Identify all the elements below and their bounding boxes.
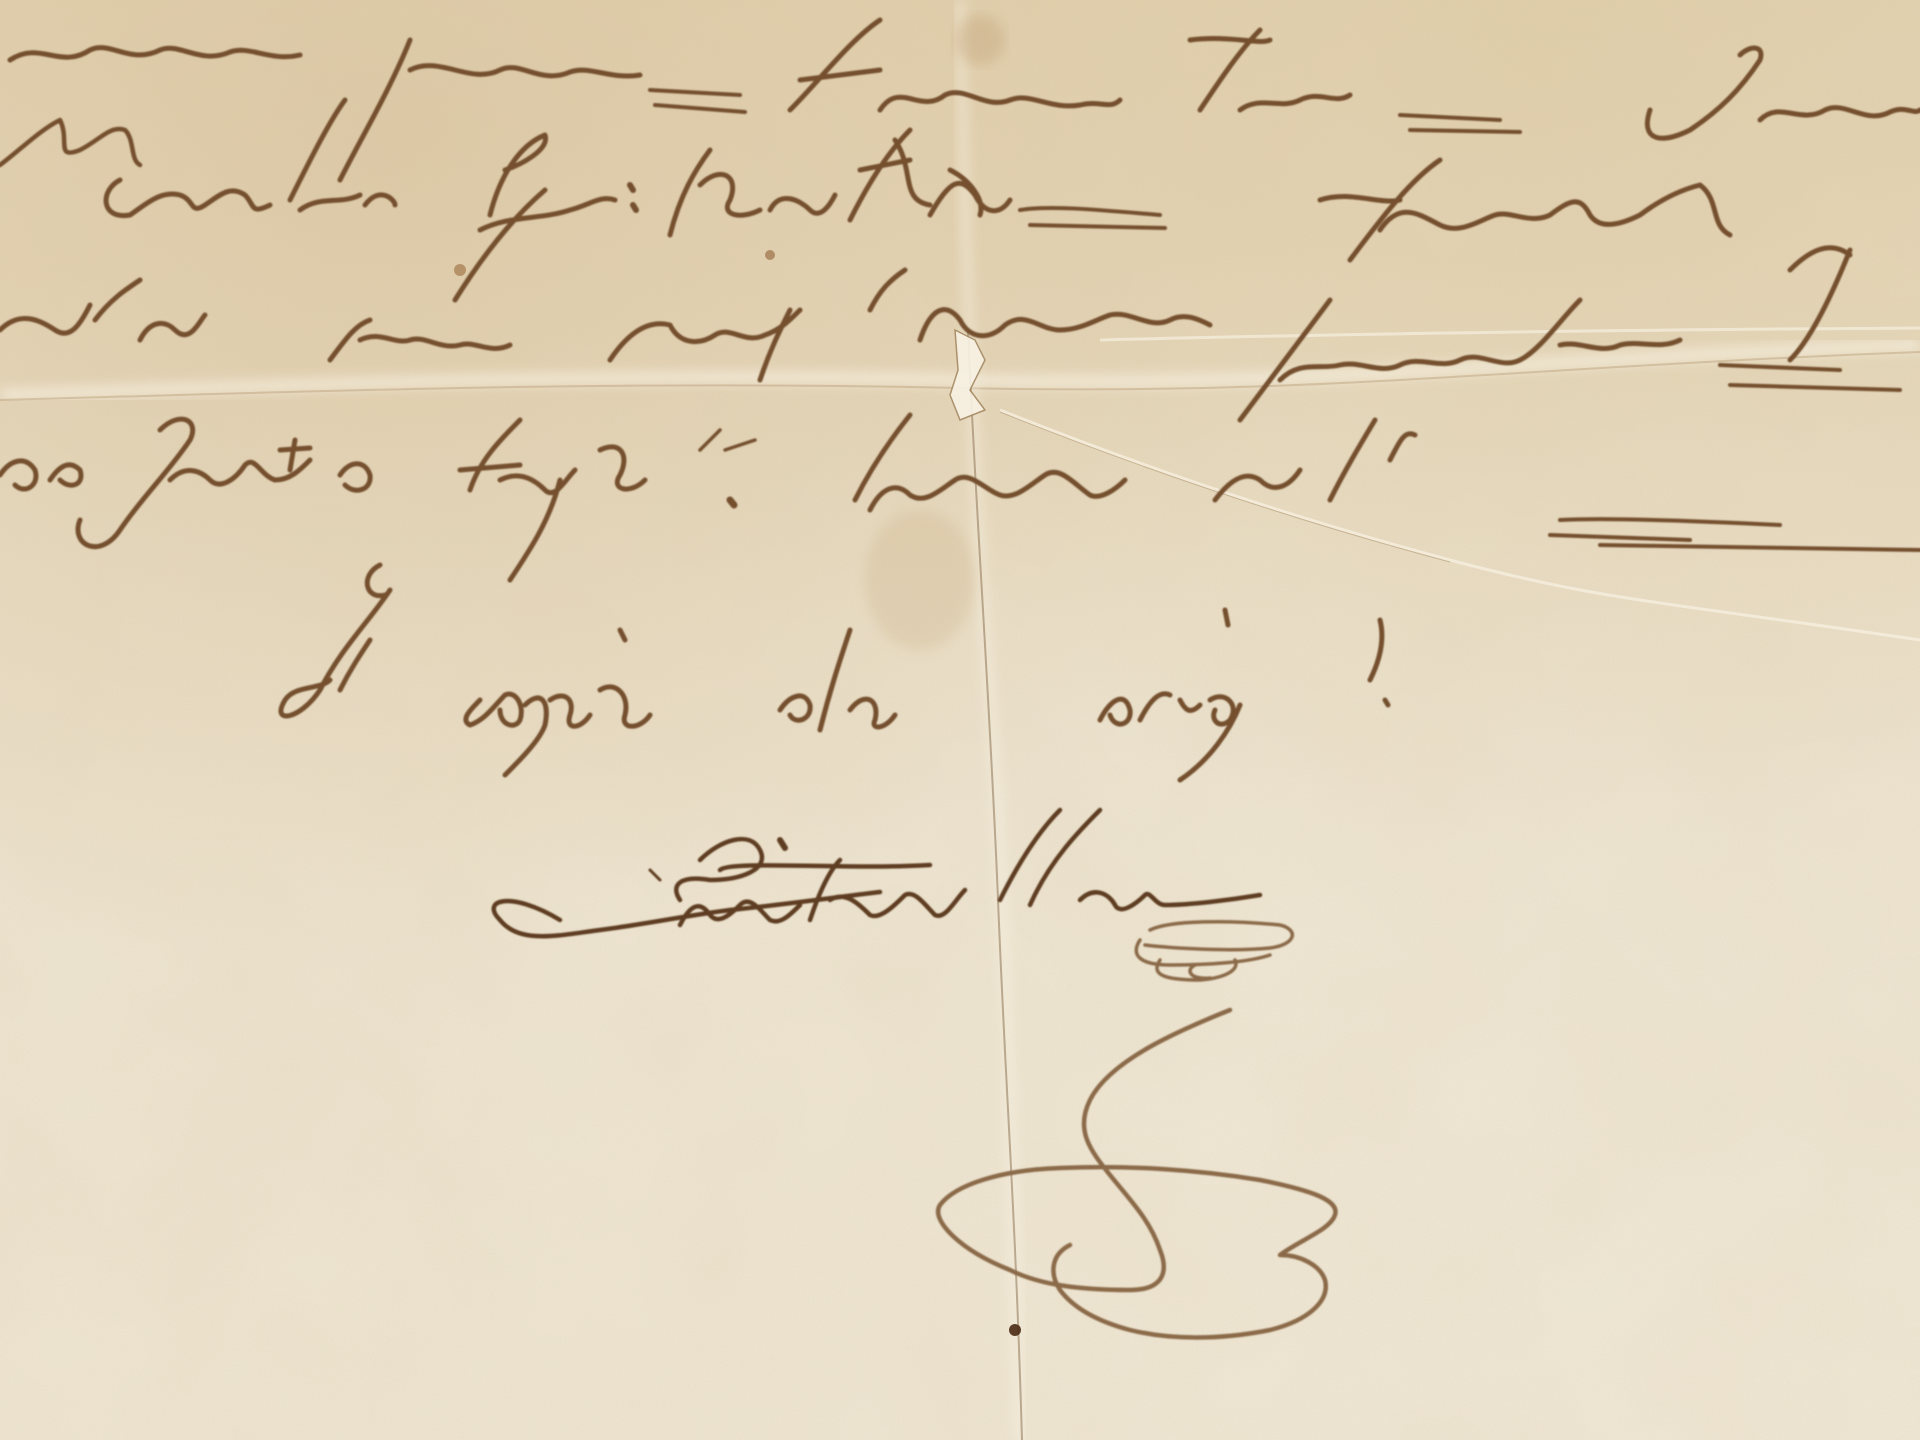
manuscript-page: …turnino Guaria = Antonio Perez = Juan… … <box>0 0 1920 1440</box>
final-rubric-icon <box>930 1005 1340 1345</box>
signature-rubric-icon <box>1140 920 1290 985</box>
